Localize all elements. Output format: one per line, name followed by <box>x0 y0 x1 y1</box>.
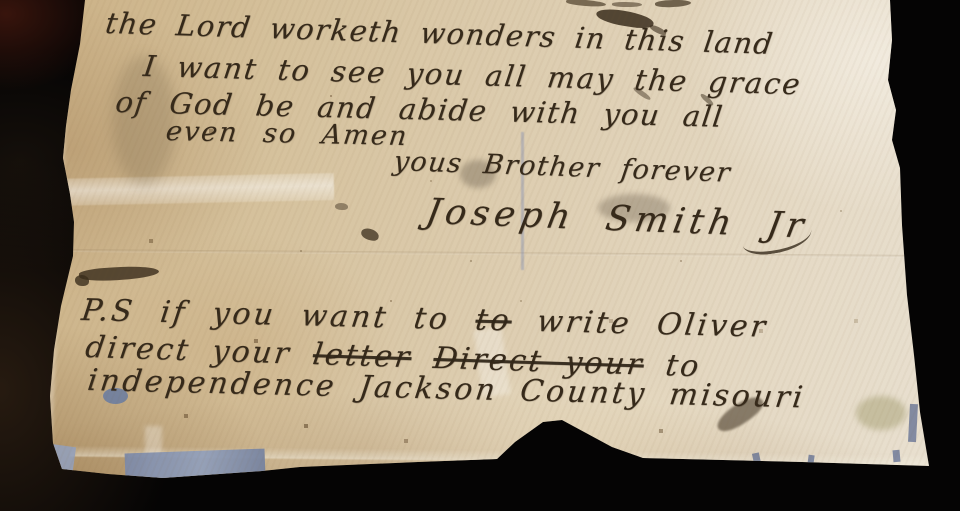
ink-smudge <box>360 227 380 242</box>
ink-smudge <box>335 203 348 210</box>
ink-smudge <box>79 264 160 283</box>
stain-smudge <box>856 396 906 430</box>
cutoff-text-fragment <box>655 0 691 8</box>
letter-line-4: even so Amen <box>164 116 410 152</box>
letter-paper: the Lord worketh wonders in this land I … <box>0 0 960 511</box>
blue-mark-bottom-edge <box>892 450 900 463</box>
ink-smudge <box>75 275 89 286</box>
cutoff-text-fragment <box>612 2 642 7</box>
photo-background: the Lord worketh wonders in this land I … <box>0 0 960 511</box>
tape-strip-white <box>52 173 335 206</box>
horizontal-crease <box>70 249 915 258</box>
torn-edge-highlight-left <box>43 0 71 484</box>
struck-word: to <box>473 303 514 339</box>
tape-corner-blue <box>40 443 76 479</box>
tape-strip-blue <box>125 449 266 481</box>
postscript-text: write Oliver <box>509 304 770 345</box>
letter-closing: yous Brother forever <box>392 146 733 189</box>
paper-specks <box>0 0 2 2</box>
blue-mark-right-edge <box>908 404 918 442</box>
blue-mark-bottom-edge <box>807 455 814 466</box>
cutoff-text-fragment <box>566 0 606 7</box>
